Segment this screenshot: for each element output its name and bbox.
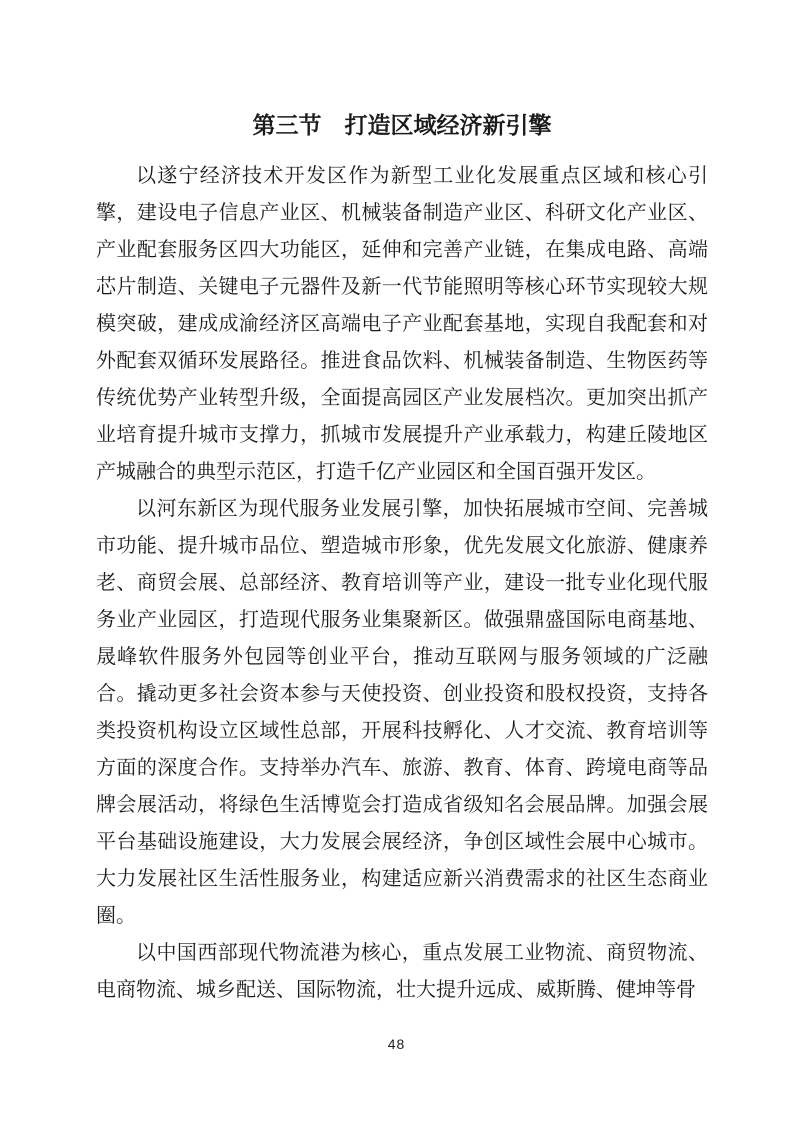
paragraph-logistics-port: 以中国西部现代物流港为核心，重点发展工业物流、商贸物流、电商物流、城乡配送、国际… [96,935,708,1009]
page-number: 48 [0,1036,793,1052]
page-content: 第三节 打造区域经济新引擎 以遂宁经济技术开发区作为新型工业化发展重点区域和核心… [96,110,708,1009]
paragraph-industrial-zone: 以遂宁经济技术开发区作为新型工业化发展重点区域和核心引擎，建设电子信息产业区、机… [96,158,708,491]
section-title: 第三节 打造区域经济新引擎 [96,110,708,142]
document-page: 第三节 打造区域经济新引擎 以遂宁经济技术开发区作为新型工业化发展重点区域和核心… [0,0,793,1122]
paragraph-hedong-new-district: 以河东新区为现代服务业发展引擎，加快拓展城市空间、完善城市功能、提升城市品位、塑… [96,491,708,935]
